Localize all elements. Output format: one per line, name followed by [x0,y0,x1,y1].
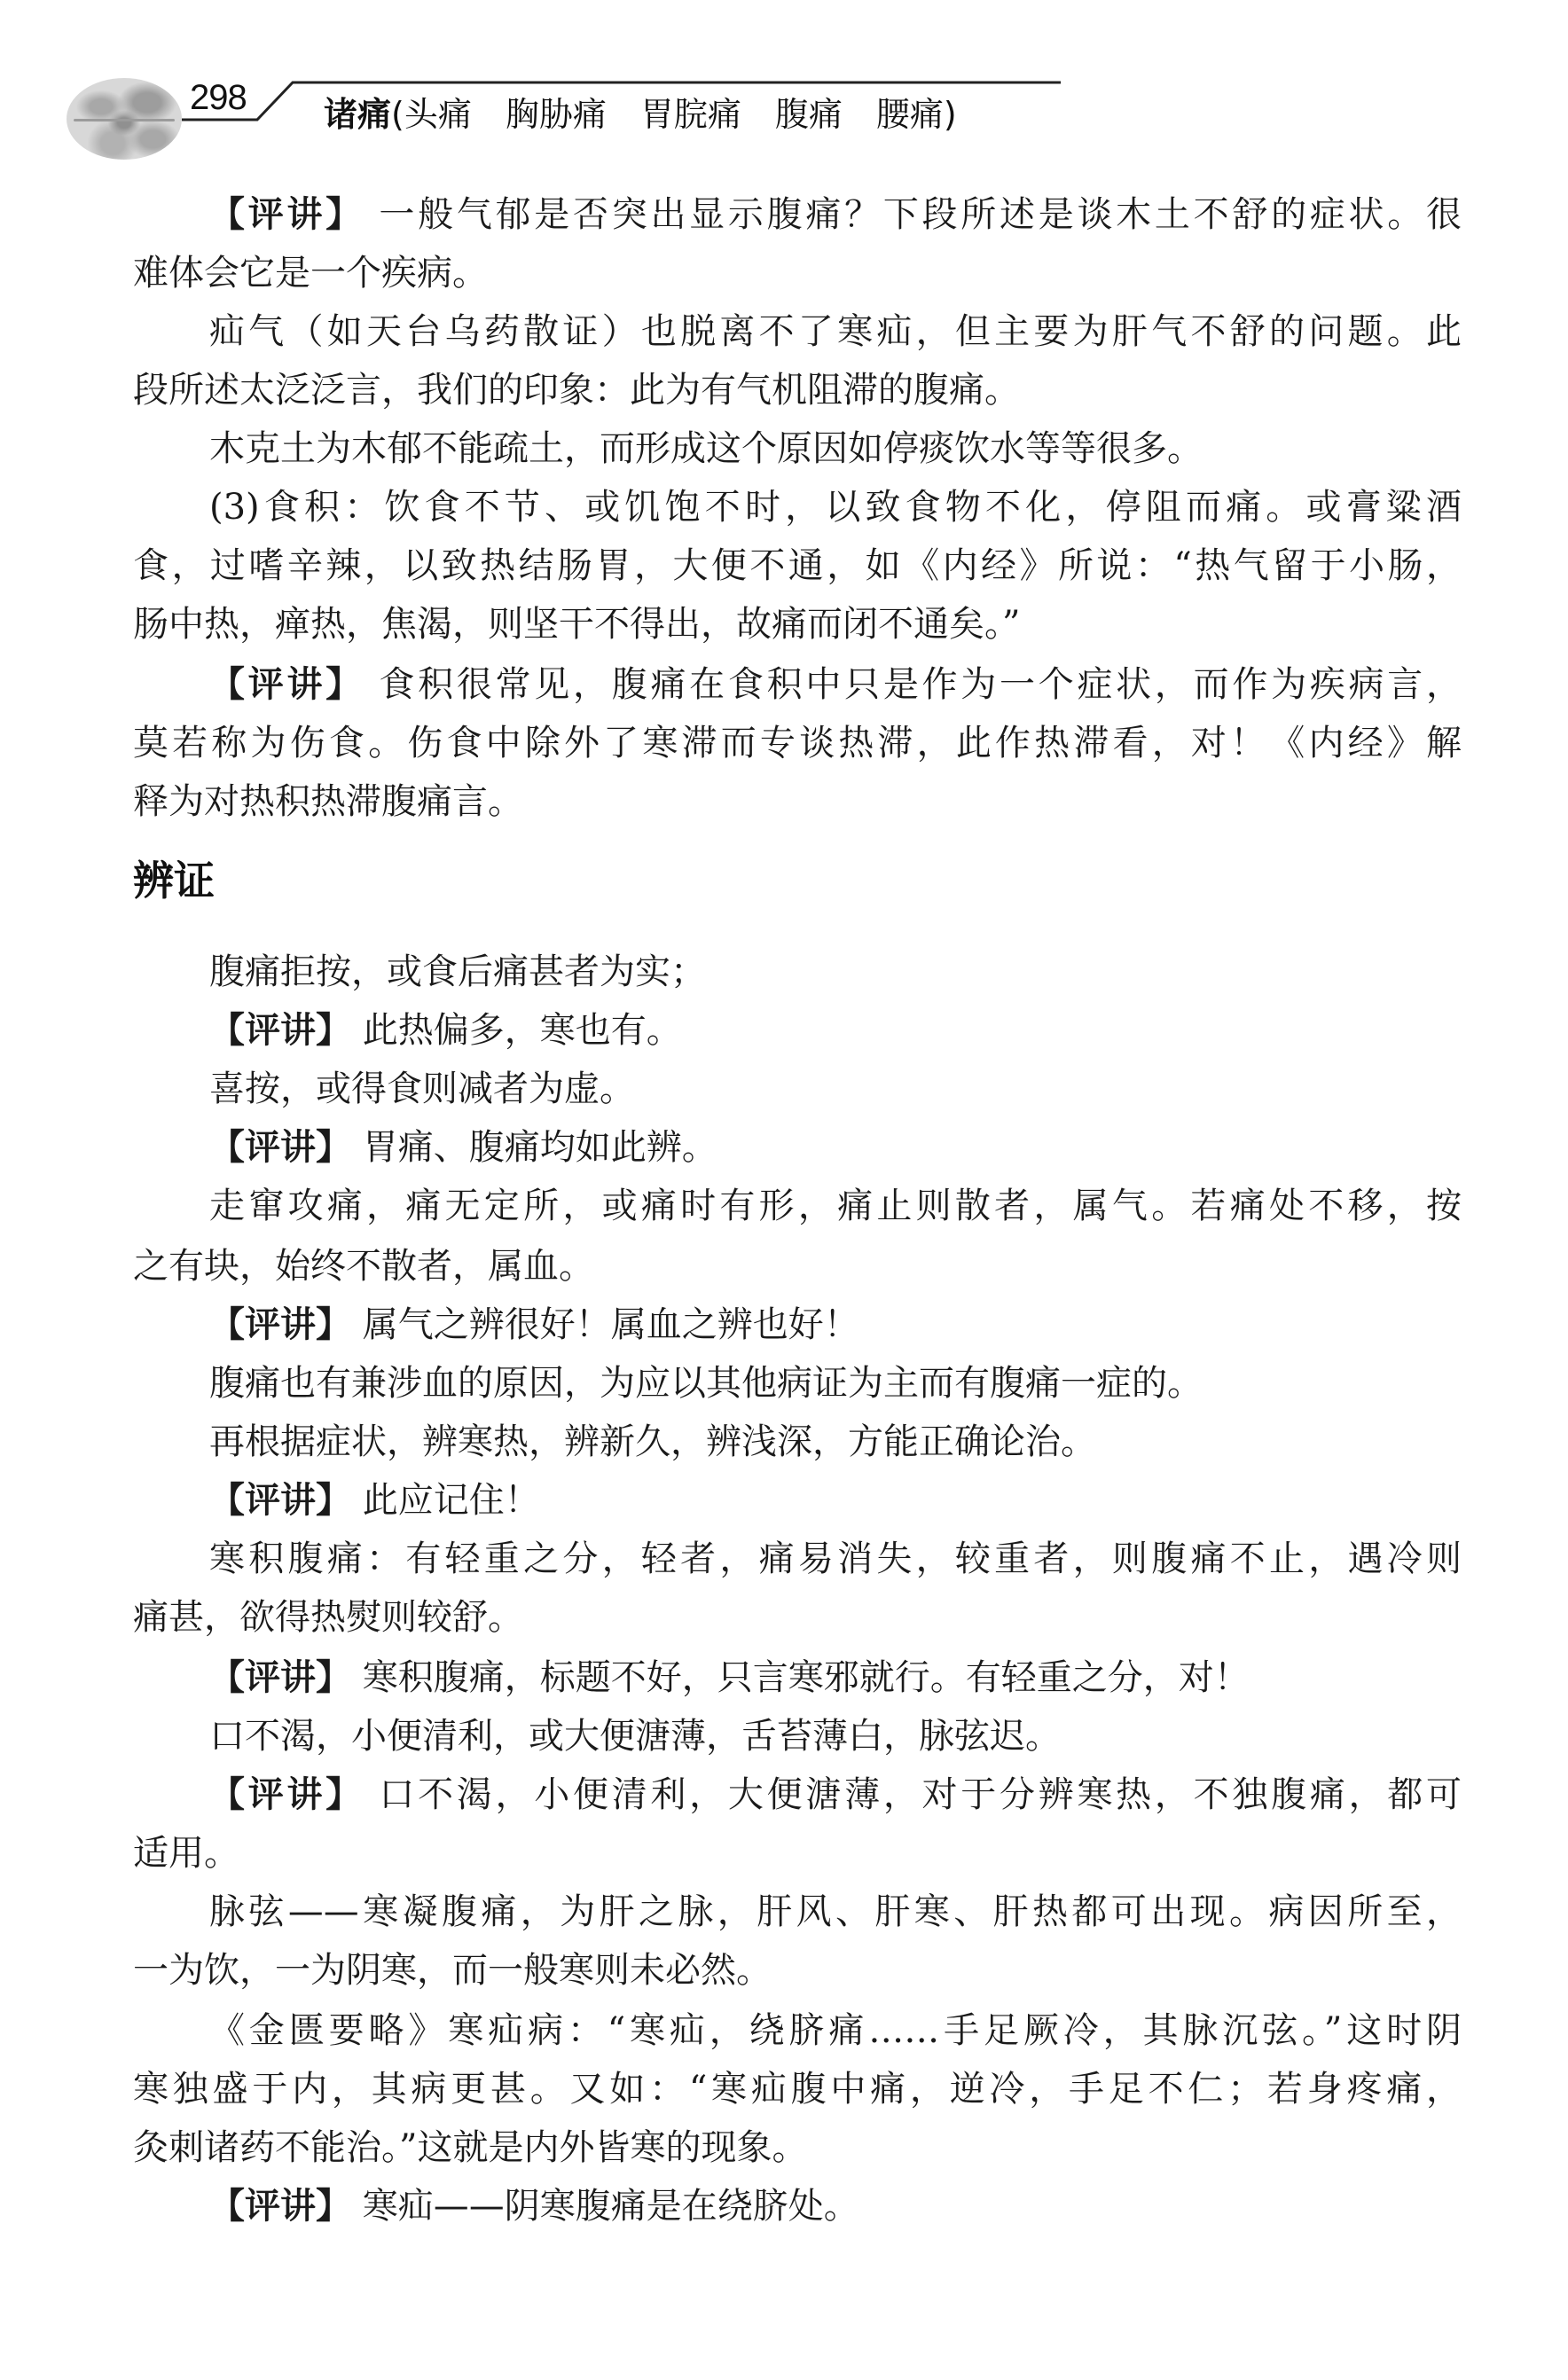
line-text: 食，过嗜辛辣，以致热结肠胃，大便不通，如《内经》所说：“热气留于小肠， [133,545,1462,586]
commentary-tag: 【评讲】 [209,2186,351,2227]
commentary-line: 【评讲】 食积很常见，腹痛在食积中只是作为一个症状，而作为疾病言， [209,663,1462,706]
text-line: 《金匮要略》寒疝病：“寒疝，绕脐痛……手足厥冷，其脉沉弦。”这时阴 [209,2009,1462,2052]
running-title: 诸痛(头痛 胸胁痛 胃脘痛 腹痛 腰痛) [324,92,957,137]
page-number: 298 [190,78,247,117]
line-text: 疝气（如天台乌药散证）也脱离不了寒疝，但主要为肝气不舒的问题。此 [209,311,1462,352]
line-text: 莫若称为伤食。伤食中除外了寒滞而专谈热滞，此作热滞看，对！《内经》解 [133,723,1462,763]
line-text: 脉弦——寒凝腹痛，为肝之脉，肝风、肝寒、肝热都可出现。病因所至， [209,1891,1462,1932]
text-line: 肠中热，瘅热，焦渴，则坚干不得出，故痛而闭不通矣。” [133,603,1462,646]
line-text: 食积很常见，腹痛在食积中只是作为一个症状，而作为疾病言， [365,664,1462,705]
commentary-tag: 【评讲】 [209,1304,351,1345]
commentary-line: 【评讲】 一般气郁是否突出显示腹痛？下段所述是谈木土不舒的症状。很 [209,193,1462,236]
text-line: 脉弦——寒凝腹痛，为肝之脉，肝风、肝寒、肝热都可出现。病因所至， [209,1891,1462,1933]
text-line: 口不渴，小便清利，或大便溏薄，舌苔薄白，脉弦迟。 [209,1715,1462,1758]
line-text: 寒积腹痛：有轻重之分，轻者，痛易消失，较重者，则腹痛不止，遇冷则 [209,1538,1462,1579]
line-text: 肠中热，瘅热，焦渴，则坚干不得出，故痛而闭不通矣。” [133,604,1020,645]
text-line: 痛甚，欲得热熨则较舒。 [133,1596,1462,1639]
text-line: 段所述太泛泛言，我们的印象：此为有气机阻滞的腹痛。 [133,369,1462,411]
line-text: 之有块，始终不散者，属血。 [133,1246,594,1287]
commentary-tag: 【评讲】 [209,1774,365,1815]
line-text: 适用。 [133,1833,239,1874]
commentary-tag: 【评讲】 [209,1127,351,1168]
page-header: 298 诸痛(头痛 胸胁痛 胃脘痛 腹痛 腰痛) [0,0,1568,177]
text-line: (3)食积：饮食不节、或饥饱不时，以致食物不化，停阻而痛。或膏粱酒 [209,486,1462,528]
line-text: 属气之辨很好！属血之辨也好！ [351,1304,859,1345]
line-text: 此应记住！ [351,1480,540,1521]
text-line: 寒积腹痛：有轻重之分，轻者，痛易消失，较重者，则腹痛不止，遇冷则 [209,1538,1462,1580]
section-heading: 辨证 [133,857,215,904]
text-line: 食，过嗜辛辣，以致热结肠胃，大便不通，如《内经》所说：“热气留于小肠， [133,544,1462,587]
commentary-line: 【评讲】 寒疝——阴寒腹痛是在绕脐处。 [209,2185,1462,2227]
line-text: (3)食积：饮食不节、或饥饱不时，以致食物不化，停阻而痛。或膏粱酒 [209,487,1462,528]
text-line: 腹痛拒按，或食后痛甚者为实； [209,951,1462,993]
commentary-tag: 【评讲】 [209,1657,351,1698]
commentary-line: 【评讲】 胃痛、腹痛均如此辨。 [209,1126,1462,1169]
text-line: 莫若称为伤食。伤食中除外了寒滞而专谈热滞，此作热滞看，对！《内经》解 [133,722,1462,764]
line-text: 腹痛拒按，或食后痛甚者为实； [209,951,706,992]
text-line: 灸刺诸药不能治。”这就是内外皆寒的现象。 [133,2126,1462,2169]
line-text: 难体会它是一个疾病。 [133,253,488,294]
line-text: 木克土为木郁不能疏土，而形成这个原因如停痰饮水等等很多。 [209,428,1203,469]
commentary-tag: 【评讲】 [209,194,365,235]
text-line: 释为对热积热滞腹痛言。 [133,780,1462,823]
commentary-tag: 【评讲】 [209,1010,351,1051]
line-text: 口不渴，小便清利，或大便溏薄，舌苔薄白，脉弦迟。 [209,1716,1061,1757]
line-text: 《金匮要略》寒疝病：“寒疝，绕脐痛……手足厥冷，其脉沉弦。”这时阴 [209,2010,1462,2051]
commentary-line: 【评讲】 此应记住！ [209,1479,1462,1522]
line-text: 寒独盛于内，其病更甚。又如：“寒疝腹中痛，逆冷，手足不仁；若身疼痛， [133,2069,1462,2110]
text-line: 一为饮，一为阴寒，而一般寒则未必然。 [133,1949,1462,1992]
text-line: 喜按，或得食则减者为虚。 [209,1068,1462,1110]
text-line: 走窜攻痛，痛无定所，或痛时有形，痛止则散者，属气。若痛处不移，按 [209,1185,1462,1227]
line-text: 灸刺诸药不能治。”这就是内外皆寒的现象。 [133,2127,807,2168]
line-text: 口不渴，小便清利，大便溏薄，对于分辨寒热，不独腹痛，都可 [365,1774,1462,1815]
commentary-line: 【评讲】 此热偏多，寒也有。 [209,1009,1462,1052]
line-text: 一为饮，一为阴寒，而一般寒则未必然。 [133,1950,772,1991]
line-text: 痛甚，欲得热熨则较舒。 [133,1597,523,1638]
commentary-line: 【评讲】 属气之辨很好！属血之辨也好！ [209,1304,1462,1346]
text-line: 寒独盛于内，其病更甚。又如：“寒疝腹中痛，逆冷，手足不仁；若身疼痛， [133,2068,1462,2110]
commentary-tag: 【评讲】 [209,1480,351,1521]
line-text: 寒积腹痛，标题不好，只言寒邪就行。有轻重之分，对！ [351,1657,1250,1698]
line-text: 走窜攻痛，痛无定所，或痛时有形，痛止则散者，属气。若痛处不移，按 [209,1186,1462,1226]
line-text: 再根据症状，辨寒热，辨新久，辨浅深，方能正确论治。 [209,1421,1096,1462]
line-text: 寒疝——阴寒腹痛是在绕脐处。 [351,2186,859,2227]
line-text: 此热偏多，寒也有。 [351,1010,682,1051]
text-line: 再根据症状，辨寒热，辨新久，辨浅深，方能正确论治。 [209,1421,1462,1463]
line-text: 段所述太泛泛言，我们的印象：此为有气机阻滞的腹痛。 [133,370,1020,411]
line-text: 腹痛也有兼涉血的原因，为应以其他病证为主而有腹痛一症的。 [209,1363,1203,1404]
text-line: 之有块，始终不散者，属血。 [133,1245,1462,1288]
text-line: 腹痛也有兼涉血的原因，为应以其他病证为主而有腹痛一症的。 [209,1362,1462,1405]
text-line: 适用。 [133,1832,1462,1875]
line-text: 释为对热积热滞腹痛言。 [133,781,523,822]
line-text: 喜按，或得食则减者为虚。 [209,1069,635,1109]
text-line: 难体会它是一个疾病。 [133,252,1462,294]
commentary-line: 【评讲】 口不渴，小便清利，大便溏薄，对于分辨寒热，不独腹痛，都可 [209,1773,1462,1816]
commentary-tag: 【评讲】 [209,664,365,705]
line-text: 胃痛、腹痛均如此辨。 [351,1127,717,1168]
line-text: 一般气郁是否突出显示腹痛？下段所述是谈木土不舒的症状。很 [365,194,1462,235]
running-title-main: 诸痛 [324,95,391,134]
running-title-subtopics: (头痛 胸胁痛 胃脘痛 腹痛 腰痛) [391,95,957,134]
commentary-line: 【评讲】 寒积腹痛，标题不好，只言寒邪就行。有轻重之分，对！ [209,1656,1462,1699]
text-line: 木克土为木郁不能疏土，而形成这个原因如停痰饮水等等很多。 [209,427,1462,470]
text-line: 疝气（如天台乌药散证）也脱离不了寒疝，但主要为肝气不舒的问题。此 [209,310,1462,353]
